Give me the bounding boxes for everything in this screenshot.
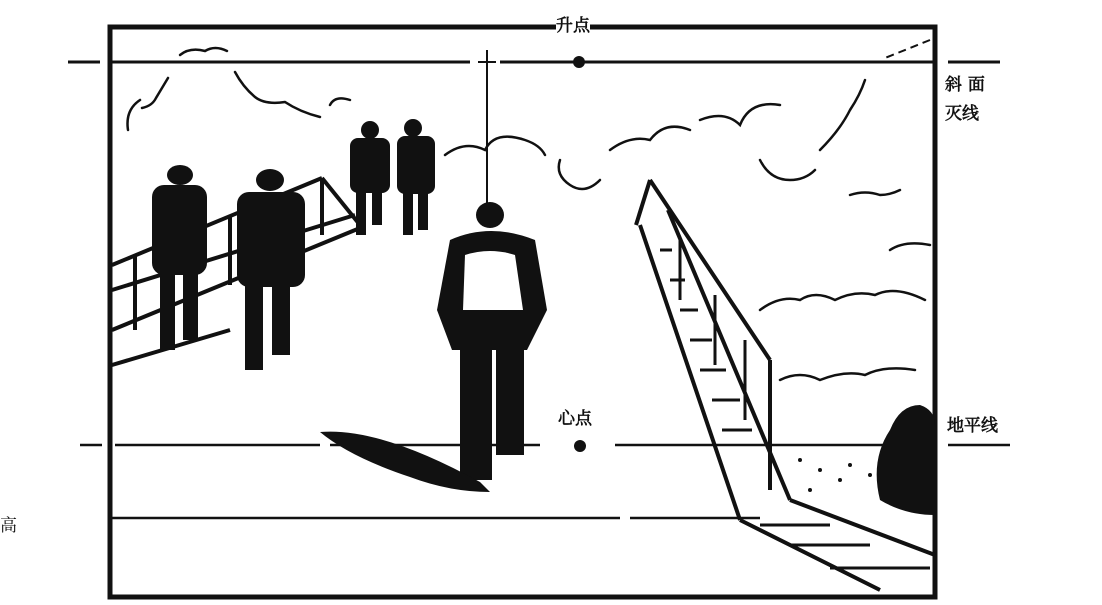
rise-point-label: 升点 [556, 18, 590, 35]
incline-vanishing-line-label-1: 斜 面 [945, 77, 985, 94]
height-label: 高 [0, 518, 17, 535]
ground-texture [798, 458, 872, 492]
arrow-to-vanishing-line [885, 40, 930, 58]
perspective-illustration [0, 0, 1102, 605]
ramp-with-railing [636, 180, 935, 590]
bush [877, 405, 935, 515]
left-deck-railing [112, 178, 360, 365]
center-point-label: 心点 [558, 411, 592, 428]
incline-vanishing-line-label-2: 灭线 [945, 106, 979, 123]
center-point [574, 440, 586, 452]
rise-point [573, 56, 585, 68]
horizon-line-label: 地平线 [947, 418, 998, 435]
